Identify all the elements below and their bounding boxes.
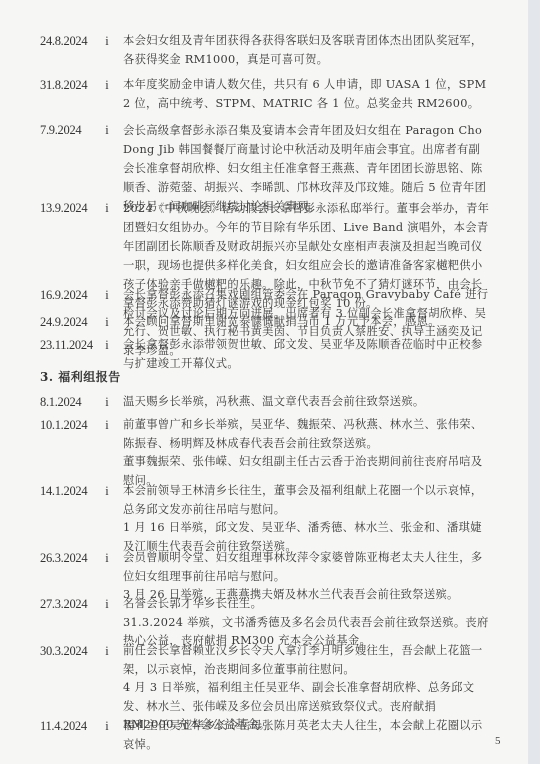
entry-paragraph: 前董事曾广和乡长举殡，吴亚华、魏振荣、冯秋燕、林水兰、张伟荣、陈振春、杨明辉及林… <box>123 416 490 453</box>
entry-date: 26.3.2024 <box>40 549 110 568</box>
entry-date: 16.9.2024 <box>40 286 110 305</box>
entry-date: 24.8.2024 <box>40 32 110 51</box>
entry-text: 本会妇女组及青年团获得各获得客联妇及客联青团体杰出团队奖冠军，各获得奖金 RM1… <box>123 32 490 69</box>
entry-bullet: i <box>103 717 111 736</box>
page-number: 5 <box>495 735 501 747</box>
entry-text: 本会顾问拿督斯里谢宽泰慷慨献捐马币 1 万元予本会，感恩。 <box>123 313 490 332</box>
entry-bullet: i <box>103 393 111 412</box>
entry-text: 前董事曾广和乡长举殡，吴亚华、魏振荣、冯秋燕、林水兰、张伟荣、陈振春、杨明辉及林… <box>123 416 490 490</box>
entry-paragraph: 温天赐乡长举殡，冯秋燕、温文章代表吾会前往致祭送殡。 <box>123 393 490 412</box>
entry-paragraph: 本会顾问拿督斯里谢宽泰慷慨献捐马币 1 万元予本会，感恩。 <box>123 313 490 332</box>
entry-date: 13.9.2024 <box>40 199 110 218</box>
entry-text: 本会前领导王林清乡长往生，董事会及福利组献上花圈一个以示哀悼，总务邱文发亦前往吊… <box>123 482 490 556</box>
entry-date: 10.1.2024 <box>40 416 110 435</box>
entry-date: 24.9.2024 <box>40 313 110 332</box>
section-title: 3. 福利组报告 <box>40 368 121 385</box>
entry-paragraph: 福利主任吴亚华乡长令岳母张陈月英老太夫人往生，本会献上花圈以示哀悼。 <box>123 717 490 754</box>
entry-text: 本年度奖励金申请人数欠佳，共只有 6 人申请，即 UASA 1 位，SPM 2 … <box>123 76 490 113</box>
entry-paragraph: 会长拿督彭永添带领贺世敏、邱文发、吴亚华及陈顺香莅临时中正校参与扩建竣工开幕仪式… <box>123 336 490 373</box>
entry-paragraph: 名誉会长郭才华乡长往生。 <box>123 595 490 614</box>
entry-date: 30.3.2024 <box>40 642 110 661</box>
entry-bullet: i <box>103 642 111 661</box>
entry-date: 14.1.2024 <box>40 482 110 501</box>
entry-date: 7.9.2024 <box>40 121 110 140</box>
entry-bullet: i <box>103 313 111 332</box>
entry-bullet: i <box>103 286 111 305</box>
entry-bullet: i <box>103 121 111 140</box>
entry-bullet: i <box>103 336 111 355</box>
entry-bullet: i <box>103 32 111 51</box>
entry-text: 温天赐乡长举殡，冯秋燕、温文章代表吾会前往致祭送殡。 <box>123 393 490 412</box>
page-edge <box>528 0 540 764</box>
entry-bullet: i <box>103 595 111 614</box>
entry-paragraph: 前任会长拿督赖亚汉乡长令夫人拿汀李月明乡嫂往生，吾会献上花篮一架，以示哀悼，治丧… <box>123 642 490 679</box>
entry-date: 11.4.2024 <box>40 717 110 736</box>
document-page: 24.8.2024 i 本会妇女组及青年团获得各获得客联妇及客联青团体杰出团队奖… <box>0 0 528 764</box>
entry-bullet: i <box>103 549 111 568</box>
entry-paragraph: 会员曾顺明令堂、妇女组理事林玫萍令家婆曾陈亚梅老太夫人往生，多位妇女组理事前往吊… <box>123 549 490 586</box>
entry-text: 福利主任吴亚华乡长令岳母张陈月英老太夫人往生，本会献上花圈以示哀悼。 <box>123 717 490 754</box>
entry-bullet: i <box>103 482 111 501</box>
entry-date: 23.11.2024 <box>40 336 110 355</box>
entry-date: 27.3.2024 <box>40 595 110 614</box>
entry-text: 会长拿督彭永添带领贺世敏、邱文发、吴亚华及陈顺香莅临时中正校参与扩建竣工开幕仪式… <box>123 336 490 373</box>
entry-bullet: i <box>103 199 111 218</box>
entry-bullet: i <box>103 76 111 95</box>
entry-paragraph: 本会妇女组及青年团获得各获得客联妇及客联青团体杰出团队奖冠军，各获得奖金 RM1… <box>123 32 490 69</box>
entry-date: 31.8.2024 <box>40 76 110 95</box>
entry-bullet: i <box>103 416 111 435</box>
entry-paragraph: 本会前领导王林清乡长往生，董事会及福利组献上花圈一个以示哀悼，总务邱文发亦前往吊… <box>123 482 490 519</box>
entry-date: 8.1.2024 <box>40 393 110 412</box>
entry-paragraph: 本年度奖励金申请人数欠佳，共只有 6 人申请，即 UASA 1 位，SPM 2 … <box>123 76 490 113</box>
